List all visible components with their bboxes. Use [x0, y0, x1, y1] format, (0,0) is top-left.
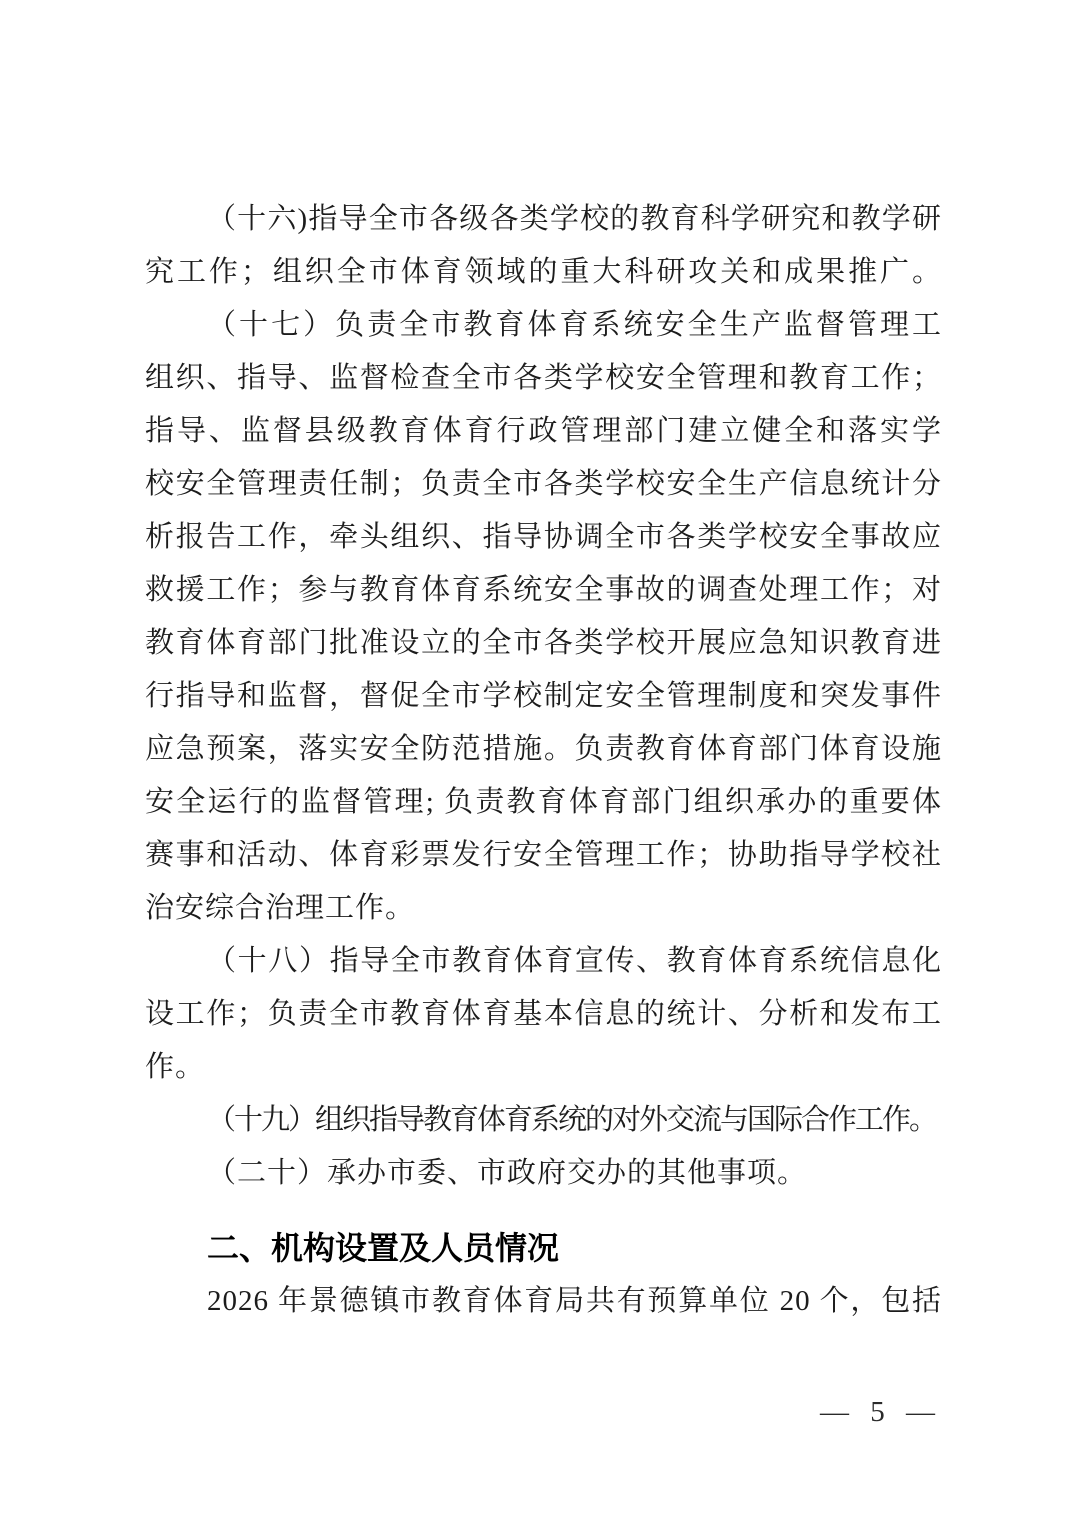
- body-line: （十七）负责全市教育体育系统安全生产监督管理工作，: [145, 299, 942, 352]
- document-page: （十六)指导全市各级各类学校的教育科学研究和教学研 究工作；组织全市体育领域的重…: [0, 0, 1074, 1520]
- body-line: 赛事和活动、体育彩票发行安全管理工作；协助指导学校社会: [145, 829, 942, 882]
- body-line: 应急预案，落实安全防范措施。负责教育体育部门体育设施: [145, 723, 942, 776]
- body-line: 安全运行的监督管理; 负责教育体育部门组织承办的重要体育: [145, 776, 942, 829]
- body-line: （二十）承办市委、市政府交办的其他事项。: [145, 1147, 942, 1200]
- section-paragraph-line: 2026 年景德镇市教育体育局共有预算单位 20 个，包括景德: [145, 1275, 942, 1328]
- body-line: 指导、监督县级教育体育行政管理部门建立健全和落实学: [145, 405, 942, 458]
- body-line: （十九）组织指导教育体育系统的对外交流与国际合作工作。: [145, 1094, 942, 1147]
- body-line: 行指导和监督，督促全市学校制定安全管理制度和突发事件: [145, 670, 942, 723]
- document-body: （十六)指导全市各级各类学校的教育科学研究和教学研 究工作；组织全市体育领域的重…: [145, 193, 942, 1328]
- body-line: 校安全管理责任制；负责全市各类学校安全生产信息统计分: [145, 458, 942, 511]
- body-line: 救援工作；参与教育体育系统安全事故的调查处理工作；对经: [145, 564, 942, 617]
- body-line: （十八）指导全市教育体育宣传、教育体育系统信息化建: [145, 935, 942, 988]
- section-heading: 二、机构设置及人员情况: [145, 1222, 942, 1275]
- body-line: 教育体育部门批准设立的全市各类学校开展应急知识教育进: [145, 617, 942, 670]
- body-line: 究工作；组织全市体育领域的重大科研攻关和成果推广。: [145, 246, 942, 299]
- body-line: 设工作；负责全市教育体育基本信息的统计、分析和发布工: [145, 988, 942, 1041]
- body-line: 组织、指导、监督检查全市各类学校安全管理和教育工作；: [145, 352, 942, 405]
- body-line: 作。: [145, 1041, 942, 1094]
- page-number: — 5 —: [820, 1396, 942, 1429]
- body-line: 治安综合治理工作。: [145, 882, 942, 935]
- body-line: 析报告工作，牵头组织、指导协调全市各类学校安全事故应急: [145, 511, 942, 564]
- body-line: （十六)指导全市各级各类学校的教育科学研究和教学研: [145, 193, 942, 246]
